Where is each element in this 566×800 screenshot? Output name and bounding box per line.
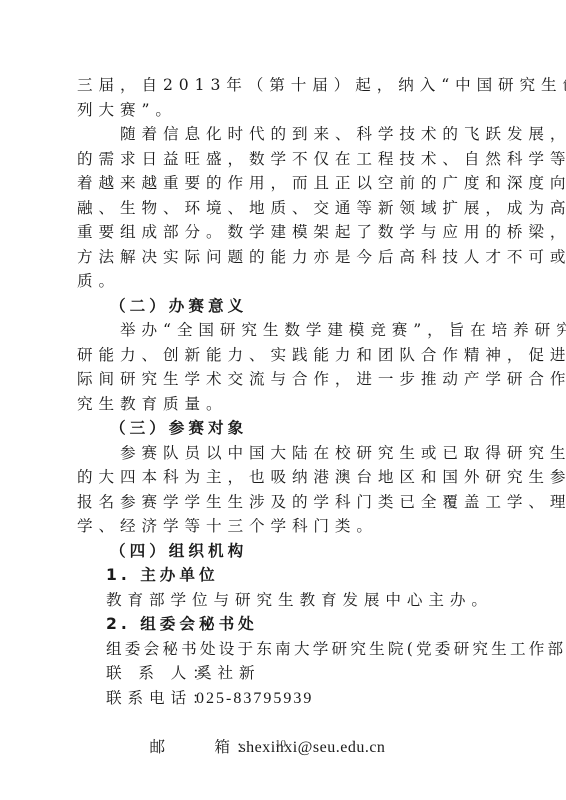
phone-number: 025-83795939	[196, 690, 313, 707]
body-text-line: 举办“全国研究生数学建模竞赛”，旨在培养研究生的科	[77, 318, 497, 343]
body-text-line: 质。	[77, 269, 497, 294]
body-text-line: 方法解决实际问题的能力亦是今后高科技人才不可或缺的素	[77, 245, 497, 270]
contact-value: 奚社新	[196, 664, 260, 682]
body-text-line: 列大赛”。	[77, 98, 497, 123]
page-number: 10	[275, 738, 286, 750]
contact-person-row: 联 系 人：奚社新	[77, 661, 497, 686]
body-text-line: 组委会秘书处设于东南大学研究生院(党委研究生工作部)。	[77, 637, 497, 662]
body-text-line: 参赛队员以中国大陆在校研究生或已取得研究生推免资格	[77, 441, 497, 466]
contact-email-row: 邮 箱：shexinxi@seu.edu.cn	[77, 710, 497, 735]
body-text-line: 的需求日益旺盛，数学不仅在工程技术、自然科学等领域发挥	[77, 147, 497, 172]
contact-label: 邮 箱：	[149, 735, 239, 760]
body-text-line: 究生教育质量。	[77, 392, 497, 417]
section-heading: （四）组织机构	[77, 539, 497, 564]
body-text-line: 学、经济学等十三个学科门类。	[77, 514, 497, 539]
body-text-line: 研能力、创新能力、实践能力和团队合作精神，促进校内、校	[77, 343, 497, 368]
body-text-line: 着越来越重要的作用，而且正以空前的广度和深度向经济、金	[77, 171, 497, 196]
body-text-line: 的大四本科为主，也吸纳港澳台地区和国外研究生参赛。往届	[77, 465, 497, 490]
contact-label: 联系电话：	[106, 686, 196, 711]
section-heading: （二）办赛意义	[77, 294, 497, 319]
body-text-line: 融、生物、环境、地质、交通等新领域扩展，成为高新技术的	[77, 196, 497, 221]
body-text-line: 教育部学位与研究生教育发展中心主办。	[77, 588, 497, 613]
subsection-heading: 2. 组委会秘书处	[77, 612, 497, 637]
body-text-line: 随着信息化时代的到来、科学技术的飞跃发展，定量分析	[77, 122, 497, 147]
email-link[interactable]: shexinxi@seu.edu.cn	[239, 739, 385, 756]
section-heading: （三）参赛对象	[77, 416, 497, 441]
body-text-line: 际间研究生学术交流与合作，进一步推动产学研合作，提高研	[77, 367, 497, 392]
body-text-line: 重要组成部分。数学建模架起了数学与应用的桥梁，运用数学	[77, 220, 497, 245]
contact-label: 联 系 人：	[106, 661, 196, 686]
body-text-line: 报名参赛学学生生涉及的学科门类已全覆盖工学、理学、管理	[77, 490, 497, 515]
contact-phone-row: 联系电话：025-83795939	[77, 686, 497, 711]
body-text-line: 三届，自2013年（第十届）起，纳入“中国研究生创新实践系	[77, 73, 497, 98]
document-page: 三届，自2013年（第十届）起，纳入“中国研究生创新实践系 列大赛”。 随着信息…	[77, 73, 497, 735]
subsection-heading: 1. 主办单位	[77, 563, 497, 588]
